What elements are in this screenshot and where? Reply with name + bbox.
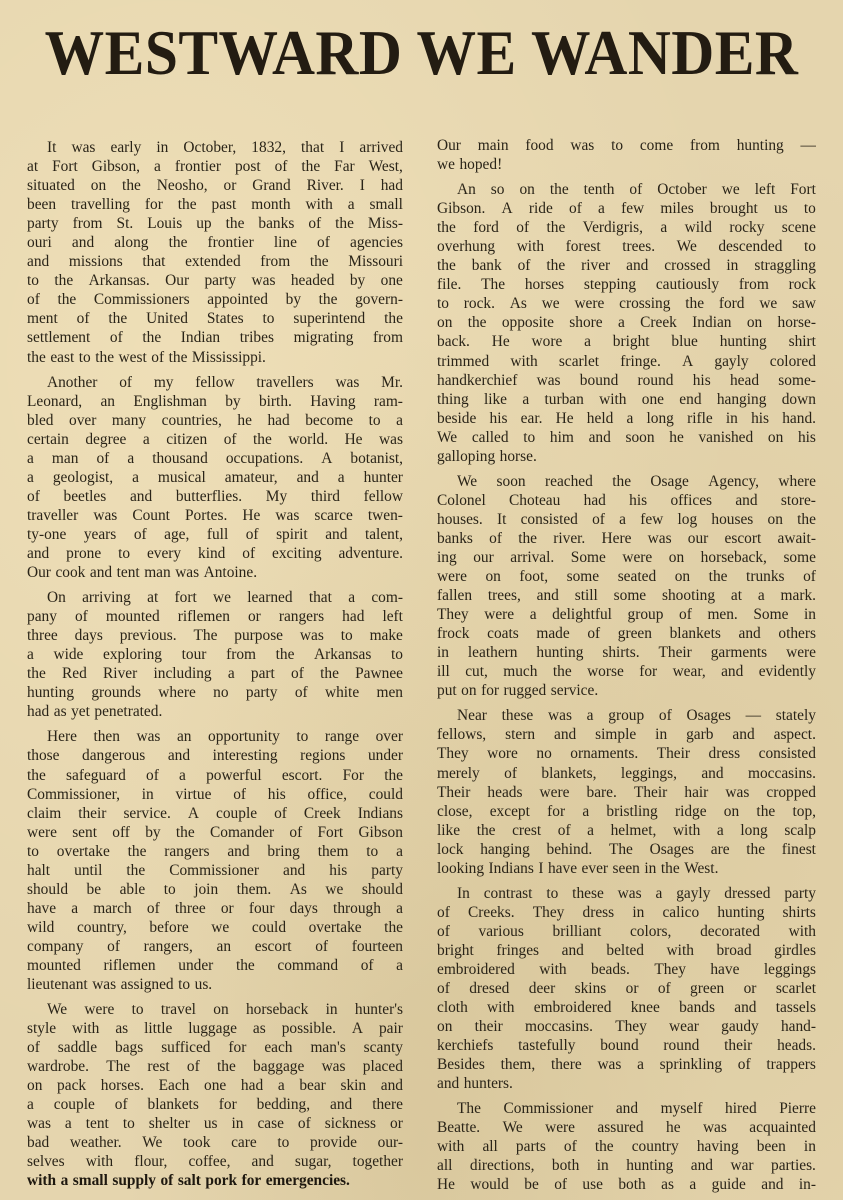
article-paragraph: Herethenwasanopportunitytorangeoverthose… (27, 727, 403, 994)
article-line: ofCreeks.Theydressincalicohuntingshirts (437, 903, 816, 922)
article-line: bledovermanycountries,hehadbecometoa (27, 411, 403, 430)
article-line: andmissionsthatextendedfromtheMissouri (27, 252, 403, 271)
article-line: embroideredwithbeads.Theyhaveleggings (437, 960, 816, 979)
article-line: withallpartsofthecountryhavingbeenin (437, 1137, 816, 1156)
article-line: awideexploringtourfromtheArkansasto (27, 645, 403, 664)
article-line: kerchiefstastefullyboundroundtheirheads. (437, 1036, 816, 1055)
article-line: Onarrivingatfortwelearnedthatacom- (27, 588, 403, 607)
article-line: ofsaddlebagssufficedforeachman'sscanty (27, 1038, 403, 1057)
article-line: clothwithembroideredkneebandsandtassels (437, 998, 816, 1017)
article-paragraph: Onarrivingatfortwelearnedthatacom-panyof… (27, 588, 403, 721)
article-line: overhungwithforesttrees.Wedescendedto (437, 237, 816, 256)
article-paragraph: TheCommissionerandmyselfhiredPierreBeatt… (437, 1099, 816, 1194)
article-line: wasatenttoshelterusincaseofsicknessor (27, 1114, 403, 1133)
article-line: atFortGibson,afrontierpostoftheFarWest, (27, 157, 403, 176)
article-line: brightfringesandbeltedwithbroadgirdles (437, 941, 816, 960)
article-line: Gibson.Arideofafewmilesbroughtusto (437, 199, 816, 218)
article-line: ofdreseddeerskinsorofgreenorscarlet (437, 979, 816, 998)
article-line: Theywereadelightfulgroupofmen.Somein (437, 605, 816, 624)
article-line: ItwasearlyinOctober,1832,thatIarrived (27, 138, 403, 157)
article-line: onpackhorses.Eachonehadabearskinand (27, 1076, 403, 1095)
article-line: ingourarrival.Somewereonhorseback,some (437, 548, 816, 567)
article-line: ontheirmoccasins.Theyweargaudyhand- (437, 1017, 816, 1036)
article-line: mountedriflemenunderthecommandofa (27, 956, 403, 975)
article-paragraph: NearthesewasagroupofOsages—statelyfellow… (437, 706, 816, 877)
article-line: certaindegreeacitizenoftheworld.Hewas (27, 430, 403, 449)
article-line: Theyworenoornaments.Theirdressconsisted (437, 744, 816, 763)
article-line: illcut,muchtheworseforwear,andevidently (437, 662, 816, 681)
article-line: lockhangingbehind.TheOsagesarethefinest (437, 840, 816, 859)
article-paragraph: Incontrasttothesewasagaylydressedpartyof… (437, 884, 816, 1094)
article-line: OurcookandtentmanwasAntoine. (27, 563, 403, 582)
article-line: thebankoftheriverandcrossedinstraggling (437, 256, 816, 275)
article-line: lieutenantwasassignedtous. (27, 975, 403, 994)
article-line: totheArkansas.Ourpartywasheadedbyone (27, 271, 403, 290)
article-line: selveswithflour,coffee,andsugar,together (27, 1152, 403, 1171)
article-line: file.Thehorsessteppingcautiouslyfromrock (437, 275, 816, 294)
article-line: alldirections,bothinhuntingandwarparties… (437, 1156, 816, 1175)
article-line: huntinggroundswherenopartyofwhitemen (27, 683, 403, 702)
article-line: wereonfoot,someseatedonthetrunksof (437, 567, 816, 586)
article-line: Hewouldbeofusebothasaguideandin- (437, 1175, 816, 1194)
article-line: houses.Itconsistedofafewloghousesonthe (437, 510, 816, 529)
article-line: haveamarchofthreeorfourdaysthrougha (27, 899, 403, 918)
article-line: toovertaketherangersandbringthemtoa (27, 842, 403, 861)
article-line: settlementoftheIndiantribesmigratingfrom (27, 328, 403, 347)
article-line: thosedangerousandinterestingregionsunder (27, 746, 403, 765)
article-line: Beatte.Wewereassuredhewasacquainted (437, 1118, 816, 1137)
article-line: weresentoffbytheComanderofFortGibson (27, 823, 403, 842)
headline: WESTWARD WE WANDER (30, 18, 814, 88)
article-line: besidehisear.Heheldalongrifleinhishand. (437, 409, 816, 428)
magazine-page: WESTWARD WE WANDER ItwasearlyinOctober,1… (0, 0, 843, 1200)
article-line: Incontrasttothesewasagaylydressedparty (437, 884, 816, 903)
article-line: oftheCommissionersappointedbythegovern- (27, 290, 403, 309)
article-line: Ourmainfoodwastocomefromhunting— (437, 136, 816, 155)
article-line: AnsoonthetenthofOctoberweleftFort (437, 180, 816, 199)
article-line: NearthesewasagroupofOsages—stately (437, 706, 816, 725)
article-line: situatedontheNeosho,orGrandRiver.Ihad (27, 176, 403, 195)
article-line: thefordoftheVerdigris,awildrockyscene (437, 218, 816, 237)
article-line: withasmallsupplyofsaltporkforemergencies… (27, 1171, 403, 1190)
article-column-right: Ourmainfoodwastocomefromhunting—wehoped!… (437, 136, 816, 1200)
article-line: fallentrees,andstillsomeshootingatamark. (437, 586, 816, 605)
article-line: beentravellingforthepastmonthwithasmall (27, 195, 403, 214)
article-line: acoupleofblanketsforbedding,andthere (27, 1095, 403, 1114)
article-paragraph: Weweretotravelonhorsebackinhunter'sstyle… (27, 1000, 403, 1190)
article-line: wildcountry,beforewecouldovertakethe (27, 918, 403, 937)
article-line: ontheoppositeshoreaCreekIndianonhorse- (437, 313, 816, 332)
article-line: AnotherofmyfellowtravellerswasMr. (27, 373, 403, 392)
article-line: andhunters. (437, 1074, 816, 1093)
article-line: badweather.Wetookcaretoprovideour- (27, 1133, 403, 1152)
article-line: ofvariousbrilliantcolors,decoratedwith (437, 922, 816, 941)
article-line: fellows,sternandsimpleingarbandaspect. (437, 725, 816, 744)
article-line: trimmedwithscarletfringe.Agaylycolored (437, 352, 816, 371)
article-line: shouldbeabletojointhem.Asweshould (27, 880, 403, 899)
article-line: merelyofblankets,leggings,andmoccasins. (437, 764, 816, 783)
article-line: ageologist,amusicalamateur,andahunter (27, 468, 403, 487)
article-column-left: ItwasearlyinOctober,1832,thatIarrivedatF… (27, 138, 403, 1197)
article-paragraph: ItwasearlyinOctober,1832,thatIarrivedatF… (27, 138, 403, 367)
article-line: Herethenwasanopportunitytorangeover (27, 727, 403, 746)
article-line: Wecalledtohimandsoonhevanishedonhis (437, 428, 816, 447)
article-line: ty-oneyearsofage,fullofspiritandtalent, (27, 525, 403, 544)
article-line: partyfromSt.LouisupthebanksoftheMiss- (27, 214, 403, 233)
article-line: theeasttothewestoftheMississippi. (27, 348, 403, 367)
article-line: mentoftheUnitedStatestosuperintendthe (27, 309, 403, 328)
article-line: amanofathousandoccupations.Abotanist, (27, 449, 403, 468)
article-paragraph: AnsoonthetenthofOctoberweleftFortGibson.… (437, 180, 816, 466)
article-line: andpronetoeverykindofexcitingadventure. (27, 544, 403, 563)
article-line: wardrobe.Therestofthebaggagewasplaced (27, 1057, 403, 1076)
article-line: TheCommissionerandmyselfhiredPierre (437, 1099, 816, 1118)
article-line: Leonard,anEnglishmanbybirth.Havingram- (27, 392, 403, 411)
article-paragraph: WesoonreachedtheOsageAgency,whereColonel… (437, 472, 816, 701)
article-line: stylewithaslittleluggageaspossible.Apair (27, 1019, 403, 1038)
article-paragraph: Ourmainfoodwastocomefromhunting—wehoped! (437, 136, 816, 174)
article-line: handkerchiefwasboundroundhisheadsome- (437, 371, 816, 390)
article-line: gallopinghorse. (437, 447, 816, 466)
article-line: putonforruggedservice. (437, 681, 816, 700)
article-line: thesafeguardofapowerfulescort.Forthe (27, 766, 403, 785)
article-line: panyofmountedriflemenorrangershadleft (27, 607, 403, 626)
article-line: lookingIndiansIhaveeverseenintheWest. (437, 859, 816, 878)
article-paragraph: AnotherofmyfellowtravellerswasMr.Leonard… (27, 373, 403, 583)
article-line: inleathernhuntingshirts.Theirgarmentswer… (437, 643, 816, 662)
article-line: companyofrangers,anescortoffourteen (27, 937, 403, 956)
article-line: WesoonreachedtheOsageAgency,where (437, 472, 816, 491)
article-line: Theirheadswerebare.Theirhairwascropped (437, 783, 816, 802)
article-line: Commissioner,invirtueofhisoffice,could (27, 785, 403, 804)
article-line: thinglikeaturbanwithoneendhangingdown (437, 390, 816, 409)
article-line: frockcoatsmadeofgreenblanketsandothers (437, 624, 816, 643)
article-line: haltuntiltheCommissionerandhisparty (27, 861, 403, 880)
article-line: banksoftheriver.Herewasourescortawait- (437, 529, 816, 548)
article-line: hadasyetpenetrated. (27, 702, 403, 721)
article-line: back.Heworeabrightbluehuntingshirt (437, 332, 816, 351)
article-line: ColonelChoteauhadhisofficesandstore- (437, 491, 816, 510)
article-line: torock.Aswewerecrossingthefordwesaw (437, 294, 816, 313)
article-line: Weweretotravelonhorsebackinhunter's (27, 1000, 403, 1019)
article-line: ouriandalongthefrontierlineofagencies (27, 233, 403, 252)
article-line: ofbeetlesandbutterflies.Mythirdfellow (27, 487, 403, 506)
article-line: threedaysprevious.Thepurposewastomake (27, 626, 403, 645)
article-line: likethecrestofahelmet,withalongscalp (437, 821, 816, 840)
article-line: claimtheirservice.AcoupleofCreekIndians (27, 804, 403, 823)
article-line: Besidesthem,therewasasprinklingoftrapper… (437, 1055, 816, 1074)
article-line: wehoped! (437, 155, 816, 174)
article-line: travellerwasCountPortes.Hewasscarcetwen- (27, 506, 403, 525)
article-line: close,exceptforabristlingridgeonthetop, (437, 802, 816, 821)
article-line: theRedRiverincludingapartofthePawnee (27, 664, 403, 683)
